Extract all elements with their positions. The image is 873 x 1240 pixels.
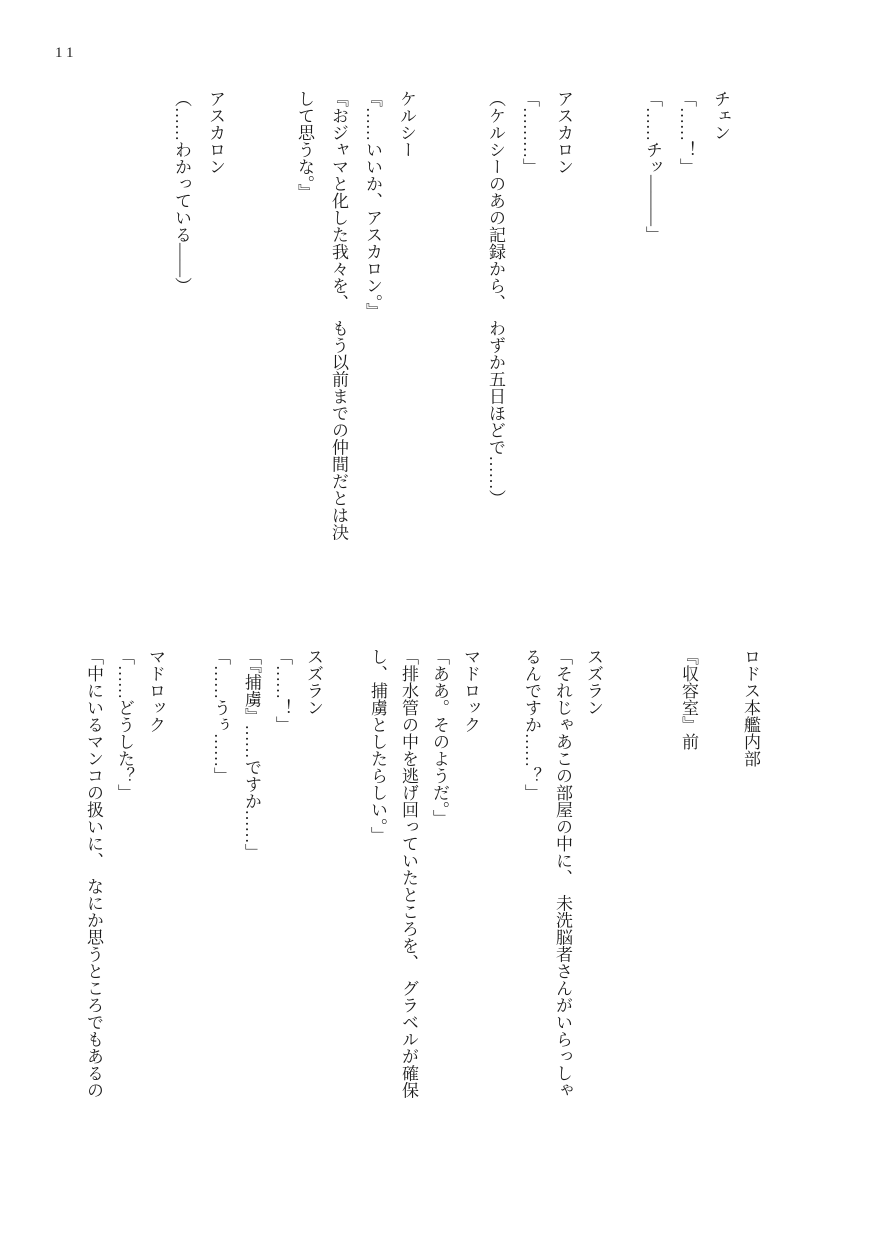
dialogue-line: 「………」 bbox=[512, 90, 546, 562]
scene-heading-place: 『収容室』前 bbox=[673, 648, 704, 1140]
novel-page: 11 チェン 「……！」 「……チッ―――」 アスカロン 「………」 （ケルシー… bbox=[0, 0, 873, 1240]
dialogue-line: 「ああ。そのようだ。」 bbox=[424, 648, 455, 1140]
dialogue-line: 「中にいるマンコの扱いに、 なにか思うところでもあるの bbox=[78, 648, 109, 1140]
speaker-name: チェン bbox=[703, 90, 737, 562]
dialogue-group-kaltsit: ケルシー 『……いいか、アスカロン。』 『おジャマと化した我々を、 もう以前まで… bbox=[287, 90, 423, 562]
thought-line: （ケルシーのあの記録から、 わずか五日ほどで……） bbox=[478, 90, 512, 562]
page-number: 11 bbox=[55, 45, 77, 62]
dialogue-group-ascalon-2: アスカロン （……わかっている――） bbox=[164, 90, 232, 562]
dialogue-line-continuation: し、捕虜としたらしい。」 bbox=[362, 648, 393, 1140]
dialogue-section-bottom: ロドス本艦内部 『収容室』前 スズラン 「それじゃあこの部屋の中に、 未洗脳者さ… bbox=[78, 648, 766, 1140]
dialogue-line: 『……いいか、アスカロン。』 bbox=[355, 90, 389, 562]
dialogue-line: 「排水管の中を逃げ回っていたところを、 グラベルが確保 bbox=[393, 648, 424, 1140]
dialogue-line-continuation: して思うな。』 bbox=[287, 90, 321, 562]
speaker-name: マドロック bbox=[140, 648, 171, 1140]
dialogue-line: 「それじゃあこの部屋の中に、 未洗脳者さんがいらっしゃ bbox=[547, 648, 578, 1140]
speaker-name: ケルシー bbox=[389, 90, 423, 562]
speaker-name: アスカロン bbox=[546, 90, 580, 562]
dialogue-line: 「……！」 bbox=[267, 648, 298, 1140]
dialogue-line: 「……うぅ……」 bbox=[205, 648, 236, 1140]
dialogue-line: 『おジャマと化した我々を、 もう以前までの仲間だとは決 bbox=[321, 90, 355, 562]
dialogue-group-mudrock-1: マドロック 「ああ。そのようだ。」 「排水管の中を逃げ回っていたところを、 グラ… bbox=[362, 648, 486, 1140]
dialogue-line-continuation: るんですか……？」 bbox=[516, 648, 547, 1140]
dialogue-group-suzuran-1: スズラン 「それじゃあこの部屋の中に、 未洗脳者さんがいらっしゃ るんですか……… bbox=[516, 648, 609, 1140]
dialogue-line: 「……！」 bbox=[669, 90, 703, 562]
thought-line: （……わかっている――） bbox=[164, 90, 198, 562]
speaker-name: アスカロン bbox=[198, 90, 232, 562]
dialogue-group-chen: チェン 「……！」 「……チッ―――」 bbox=[635, 90, 737, 562]
dialogue-line: 「……どうした？」 bbox=[109, 648, 140, 1140]
speaker-name: スズラン bbox=[298, 648, 329, 1140]
dialogue-line: 「……チッ―――」 bbox=[635, 90, 669, 562]
dialogue-section-top: チェン 「……！」 「……チッ―――」 アスカロン 「………」 （ケルシーのあの… bbox=[164, 90, 737, 562]
dialogue-group-mudrock-2: マドロック 「……どうした？」 「中にいるマンコの扱いに、 なにか思うところでも… bbox=[78, 648, 171, 1140]
speaker-name: マドロック bbox=[455, 648, 486, 1140]
dialogue-line: 「『捕虜』……ですか……」 bbox=[236, 648, 267, 1140]
scene-heading-location: ロドス本艦内部 bbox=[735, 648, 766, 1140]
dialogue-group-ascalon-1: アスカロン 「………」 （ケルシーのあの記録から、 わずか五日ほどで……） bbox=[478, 90, 580, 562]
speaker-name: スズラン bbox=[578, 648, 609, 1140]
dialogue-group-suzuran-2: スズラン 「……！」 「『捕虜』……ですか……」 「……うぅ……」 bbox=[205, 648, 329, 1140]
